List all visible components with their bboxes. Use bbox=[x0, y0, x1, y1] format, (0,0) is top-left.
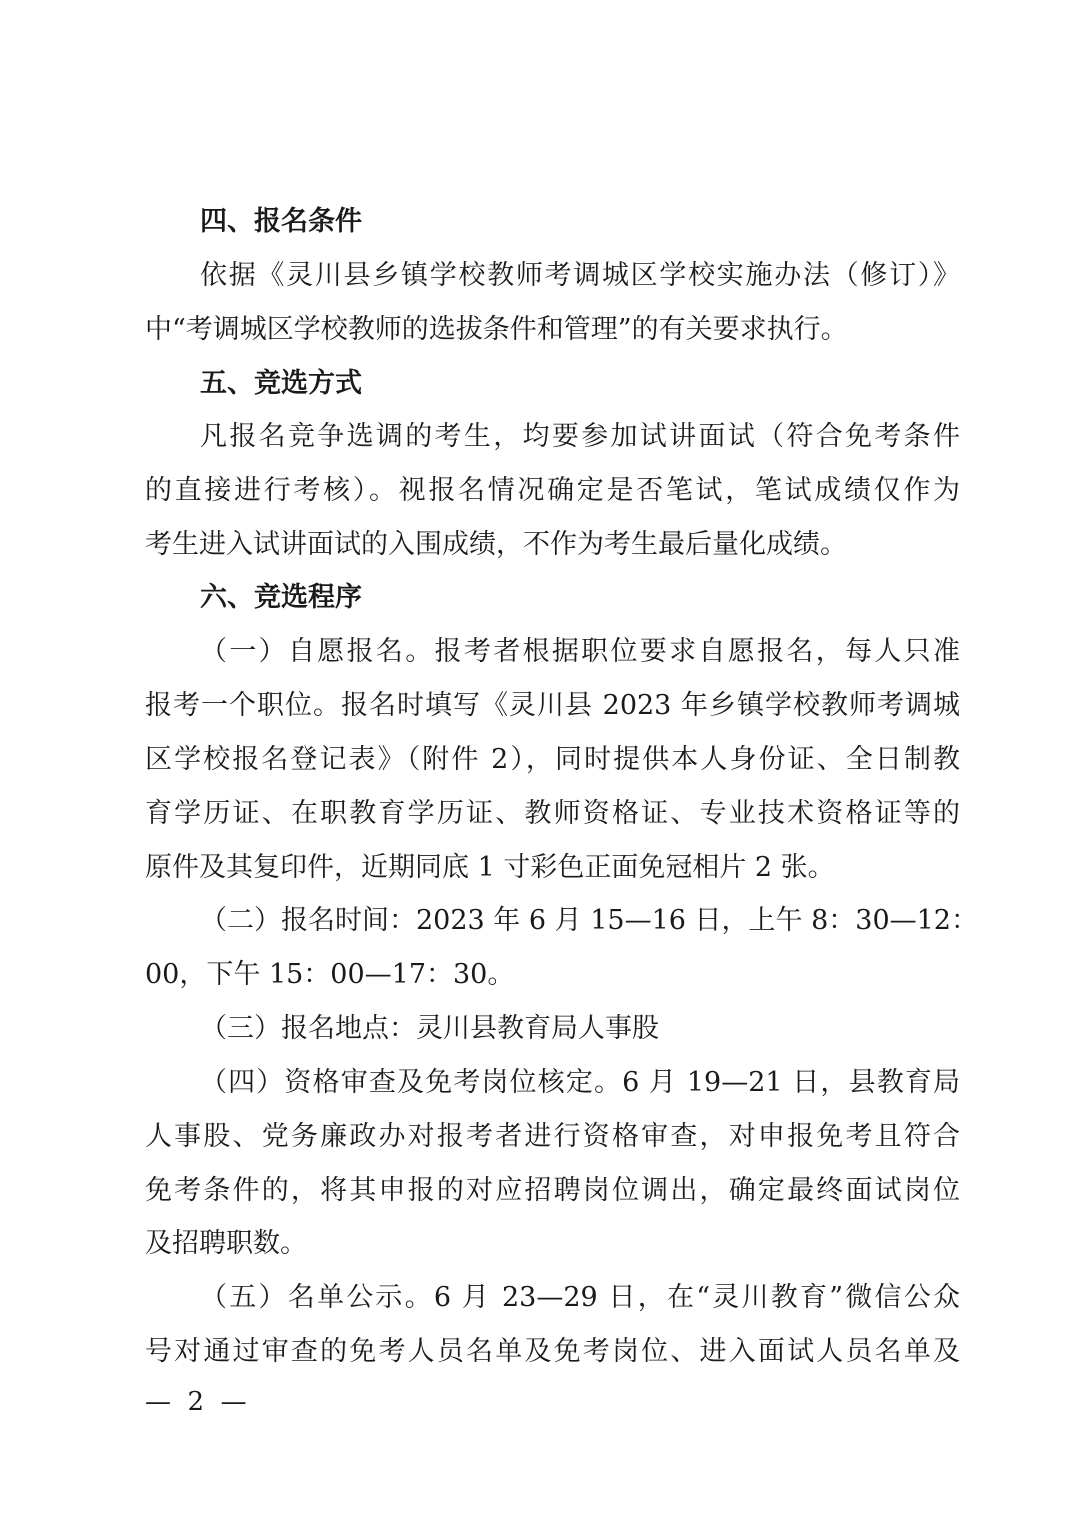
paragraph-line: 中“考调城区学校教师的选拔条件和管理”的有关要求执行。 bbox=[145, 310, 960, 350]
paragraph-line: 00，下午 15：00—17：30。 bbox=[145, 955, 960, 995]
paragraph-line: （一）自愿报名。报考者根据职位要求自愿报名，每人只准 bbox=[200, 632, 960, 672]
paragraph-line: 凡报名竞争选调的考生，均要参加试讲面试（符合免考条件 bbox=[200, 417, 960, 457]
paragraph-line: （五）名单公示。6 月 23—29 日，在“灵川教育”微信公众 bbox=[200, 1278, 960, 1318]
paragraph-line: 的直接进行考核）。视报名情况确定是否笔试，笔试成绩仅作为 bbox=[145, 471, 960, 511]
paragraph-line: 依据《灵川县乡镇学校教师考调城区学校实施办法（修订）》 bbox=[200, 256, 960, 296]
paragraph-line: 原件及其复印件，近期同底 1 寸彩色正面免冠相片 2 张。 bbox=[145, 848, 960, 888]
paragraph-line: （三）报名地点：灵川县教育局人事股 bbox=[200, 1009, 960, 1049]
paragraph-line: 及招聘职数。 bbox=[145, 1224, 960, 1264]
section-heading-registration-conditions: 四、报名条件 bbox=[200, 202, 362, 242]
section-heading-selection-procedure: 六、竞选程序 bbox=[200, 578, 362, 618]
paragraph-line: 考生进入试讲面试的入围成绩，不作为考生最后量化成绩。 bbox=[145, 525, 960, 565]
paragraph-line: 育学历证、在职教育学历证、教师资格证、专业技术资格证等的 bbox=[145, 794, 960, 834]
paragraph-line: 号对通过审查的免考人员名单及免考岗位、进入面试人员名单及 bbox=[145, 1332, 960, 1372]
section-heading-selection-method: 五、竞选方式 bbox=[200, 364, 362, 404]
paragraph-line: 区学校报名登记表》（附件 2），同时提供本人身份证、全日制教 bbox=[145, 740, 960, 780]
paragraph-line: 报考一个职位。报名时填写《灵川县 2023 年乡镇学校教师考调城 bbox=[145, 686, 960, 726]
paragraph-line: 免考条件的，将其申报的对应招聘岗位调出，确定最终面试岗位 bbox=[145, 1171, 960, 1211]
paragraph-line: （二）报名时间：2023 年 6 月 15—16 日，上午 8：30—12： bbox=[200, 901, 960, 941]
paragraph-line: （四）资格审查及免考岗位核定。6 月 19—21 日，县教育局 bbox=[200, 1063, 960, 1103]
page-number: — 2 — bbox=[145, 1382, 247, 1422]
paragraph-line: 人事股、党务廉政办对报考者进行资格审查，对申报免考且符合 bbox=[145, 1117, 960, 1157]
